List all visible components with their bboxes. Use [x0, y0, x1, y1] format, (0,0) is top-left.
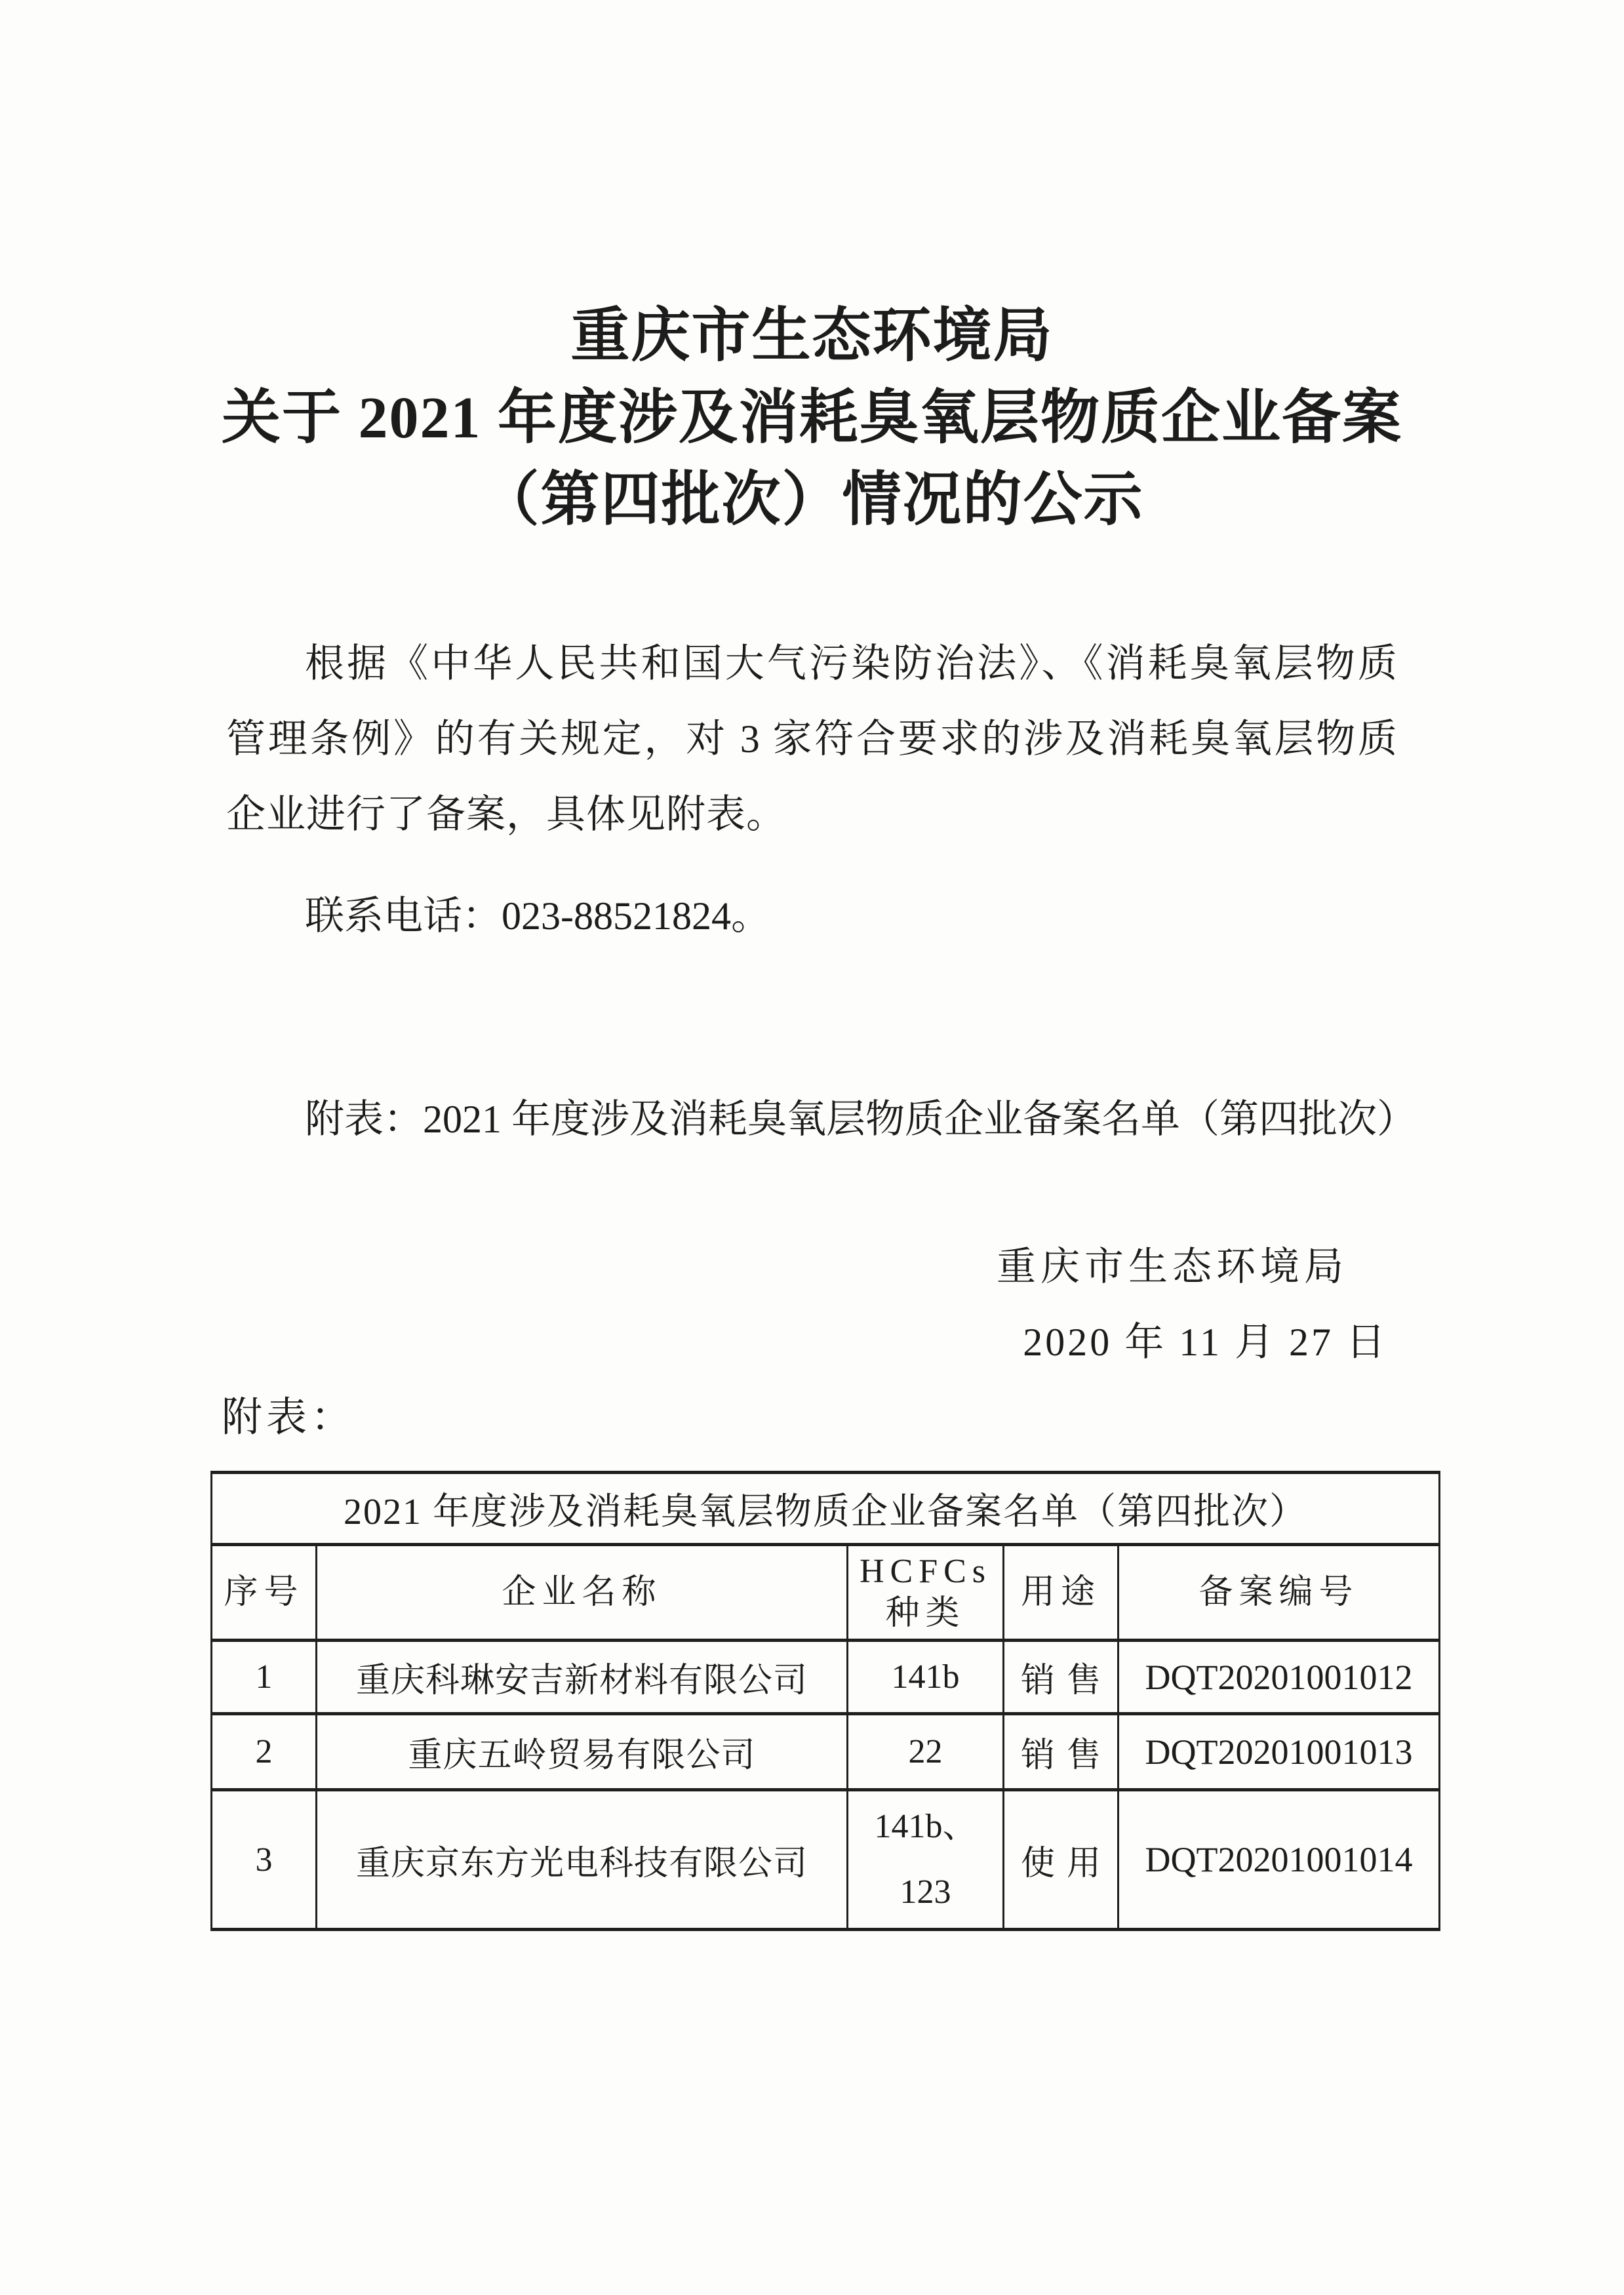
- cell-row3-no: 3: [212, 1790, 317, 1930]
- document-title-line-2: 关于 2021 年度涉及消耗臭氧层物质企业备案: [0, 377, 1624, 459]
- attachment-note-line: 附表：2021 年度涉及消耗臭氧层物质企业备案名单（第四批次）: [226, 1082, 1398, 1157]
- cell-row3-company-name: 重庆京东方光电科技有限公司: [317, 1790, 848, 1930]
- header-cell-hcfcs: HCFCs 种类: [848, 1545, 1004, 1641]
- document-title-line-1: 重庆市生态环境局: [0, 295, 1624, 377]
- table-title: 2021 年度涉及消耗臭氧层物质企业备案名单（第四批次）: [212, 1473, 1440, 1545]
- table-row: 3 重庆京东方光电科技有限公司 141b、 123 使用 DQT20201001…: [212, 1790, 1440, 1930]
- cell-row1-company-name: 重庆科琳安吉新材料有限公司: [317, 1641, 848, 1714]
- cell-row1-use: 销售: [1004, 1641, 1119, 1714]
- body-paragraph: 根据《中华人民共和国大气污染防治法》、《消耗臭氧层物质 管理条例》的有关规定，对…: [226, 626, 1398, 852]
- cell-row2-no: 2: [212, 1714, 317, 1790]
- cell-row2-hcfcs: 22: [848, 1714, 1004, 1790]
- header-cell-no: 序号: [212, 1545, 317, 1641]
- body-paragraph-line-2: 管理条例》的有关规定，对 3 家符合要求的涉及消耗臭氧层物质: [226, 702, 1398, 777]
- document-page: 重庆市生态环境局 关于 2021 年度涉及消耗臭氧层物质企业备案 （第四批次）情…: [0, 0, 1624, 2295]
- header-cell-name: 企业名称: [317, 1545, 848, 1641]
- header-cell-code: 备案编号: [1119, 1545, 1440, 1641]
- body-paragraph-line-3: 企业进行了备案，具体见附表。: [226, 777, 1398, 852]
- cell-row2-registration-code: DQT20201001013: [1119, 1714, 1440, 1790]
- cell-row1-hcfcs: 141b: [848, 1641, 1004, 1714]
- table-row: 1 重庆科琳安吉新材料有限公司 141b 销售 DQT20201001012: [212, 1641, 1440, 1714]
- header-cell-use: 用途: [1004, 1545, 1119, 1641]
- table-row: 2 重庆五岭贸易有限公司 22 销售 DQT20201001013: [212, 1714, 1440, 1790]
- cell-row3-registration-code: DQT20201001014: [1119, 1790, 1440, 1930]
- cell-row1-registration-code: DQT20201001012: [1119, 1641, 1440, 1714]
- cell-row3-use: 使用: [1004, 1790, 1119, 1930]
- registration-table: 2021 年度涉及消耗臭氧层物质企业备案名单（第四批次） 序号 企业名称 HCF…: [210, 1471, 1440, 1931]
- cell-row2-company-name: 重庆五岭贸易有限公司: [317, 1714, 848, 1790]
- cell-row2-use: 销售: [1004, 1714, 1119, 1790]
- document-title: 重庆市生态环境局 关于 2021 年度涉及消耗臭氧层物质企业备案 （第四批次）情…: [0, 295, 1624, 541]
- table-title-row: 2021 年度涉及消耗臭氧层物质企业备案名单（第四批次）: [212, 1473, 1440, 1545]
- signature-organization: 重庆市生态环境局: [0, 1229, 1624, 1305]
- contact-phone-line: 联系电话：023-88521824。: [226, 879, 1398, 954]
- attachment-label: 附表：: [222, 1380, 1624, 1456]
- cell-row1-no: 1: [212, 1641, 317, 1714]
- cell-row3-hcfcs: 141b、 123: [848, 1790, 1004, 1930]
- document-title-line-3: （第四批次）情况的公示: [0, 459, 1624, 541]
- body-paragraph-line-1: 根据《中华人民共和国大气污染防治法》、《消耗臭氧层物质: [226, 626, 1398, 702]
- table-header-row: 序号 企业名称 HCFCs 种类 用途 备案编号: [212, 1545, 1440, 1641]
- signature-date: 2020 年 11 月 27 日: [0, 1305, 1624, 1380]
